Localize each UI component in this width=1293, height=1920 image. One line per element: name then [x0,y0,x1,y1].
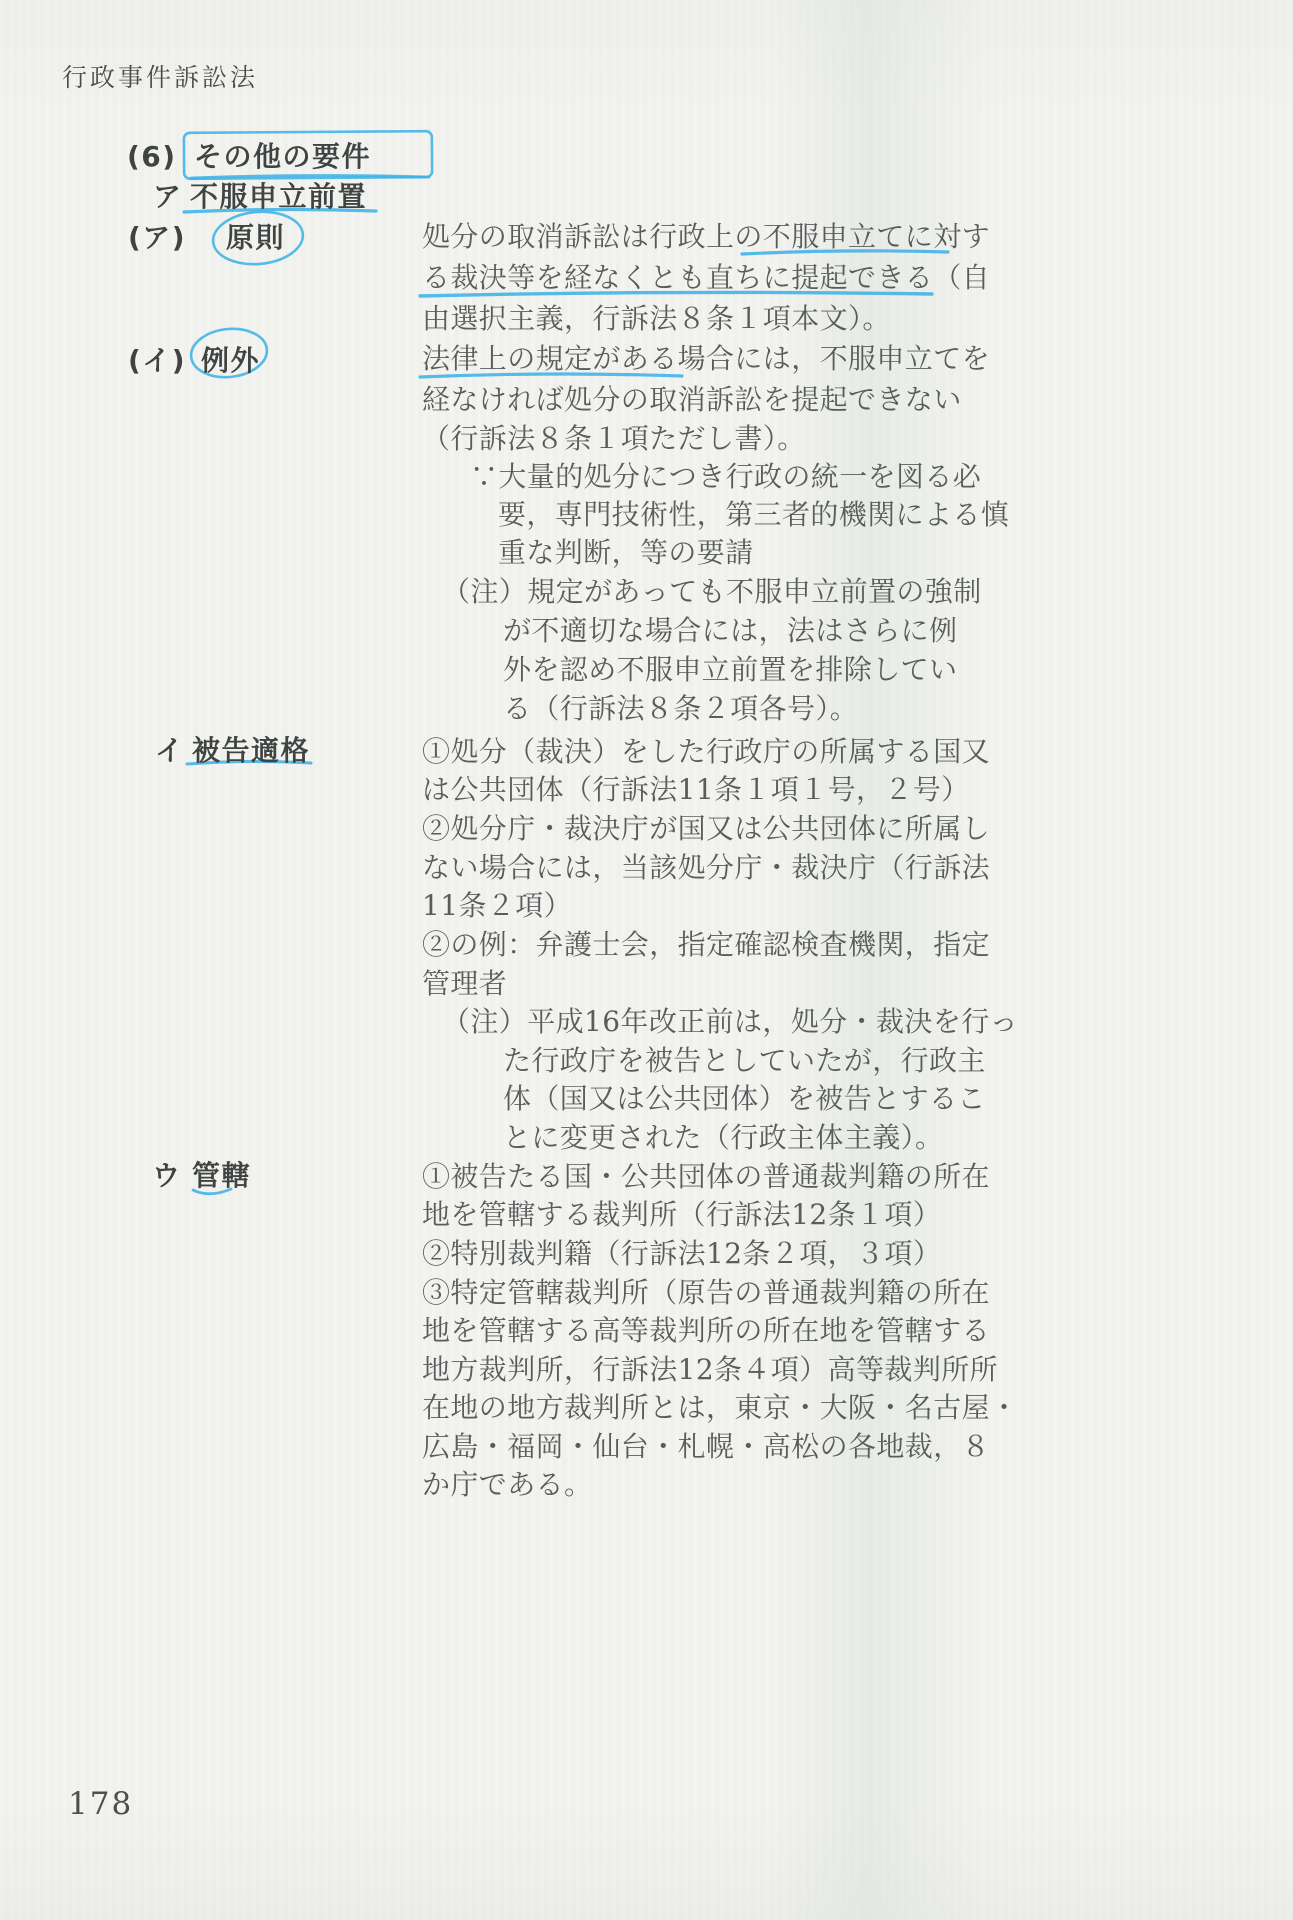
text-line: ②特別裁判籍（行訴法12条２項，３項） [422,1237,941,1271]
note-line: 外を認め不服申立前置を排除してい [503,653,957,687]
text-line: 地を管轄する裁判所（行訴法12条１項） [422,1198,941,1232]
item-a-number: ア [153,180,183,214]
text-line: ③特定管轄裁判所（原告の普通裁判籍の所在 [422,1276,990,1310]
text-line: る裁決等を経なくとも直ちに提起できる（自 [422,261,990,295]
because-line: 重な判断，等の要請 [498,536,754,570]
text-line: 処分の取消訴訟は行政上の不服申立てに対す [422,220,990,254]
text-line: 由選択主義，行訴法８条１項本文）。 [422,302,891,336]
note-line: た行政庁を被告としていたが，行政主 [503,1044,986,1078]
principle-number: (ア) [128,221,186,255]
note-line: る（行訴法８条２項各号）。 [503,692,858,726]
because-line: 要，専門技術性，第三者的機関による慎 [498,498,1009,532]
highlight-box-underline [191,175,429,178]
text-line: ない場合には，当該処分庁・裁決庁（行訴法 [422,851,990,885]
text-line: ②処分庁・裁決庁が国又は公共団体に所属し [422,812,990,846]
text-line: 11条２項） [422,889,572,923]
exception-title: 例外 [201,344,260,378]
item-c-number: ウ [152,1159,182,1193]
text-line: 広島・福岡・仙台・札幌・高松の各地裁，８ [422,1430,990,1464]
item-b-title: 被告適格 [192,734,310,768]
note-line: （注）平成16年改正前は，処分・裁決を行っ [442,1005,1018,1039]
text-line: ①処分（裁決）をした行政庁の所属する国又 [422,735,990,769]
text-line: 経なければ処分の取消訴訟を提起できない [422,383,962,417]
section6-title: その他の要件 [194,140,371,174]
item-c-title: 管轄 [192,1159,251,1193]
text-line: ①被告たる国・公共団体の普通裁判籍の所在 [422,1160,990,1194]
text-line: （行訴法８条１項ただし書）。 [422,422,806,456]
text-line: 地方裁判所，行訴法12条４項）高等裁判所所 [422,1353,998,1387]
note-line: が不適切な場合には，法はさらに例 [503,614,957,648]
item-a-title: 不服申立前置 [190,180,367,214]
note-line: とに変更された（行政主体主義）。 [503,1121,943,1155]
page-number: 178 [68,1786,133,1822]
text-line: 地を管轄する高等裁判所の所在地を管轄する [422,1314,990,1348]
note-line: 体（国又は公共団体）を被告とするこ [503,1082,986,1116]
section6-number: (6) [127,140,177,174]
note-line: （注）規定があっても不服申立前置の強制 [442,575,982,609]
text-line: ②の例：弁護士会，指定確認検査機関，指定 [422,928,990,962]
text-line: は公共団体（行訴法11条１項１号，２号） [422,773,970,807]
text-line: 管理者 [422,967,507,1001]
exception-number: (イ) [128,344,186,378]
text-line: 法律上の規定がある場合には，不服申立てを [422,342,990,376]
text-line: か庁である。 [422,1468,592,1502]
text-line: 在地の地方裁判所とは，東京・大阪・名古屋・ [422,1391,1018,1425]
principle-title: 原則 [226,221,285,255]
because-line: ∵大量的処分につき行政の統一を図る必 [470,460,981,494]
item-b-number: イ [155,734,185,768]
running-header: 行政事件訴訟法 [62,58,258,94]
document-page: 行政事件訴訟法 (6) その他の要件 ア 不服申立前置 (ア) 原則 処分の取消… [0,0,1293,1920]
